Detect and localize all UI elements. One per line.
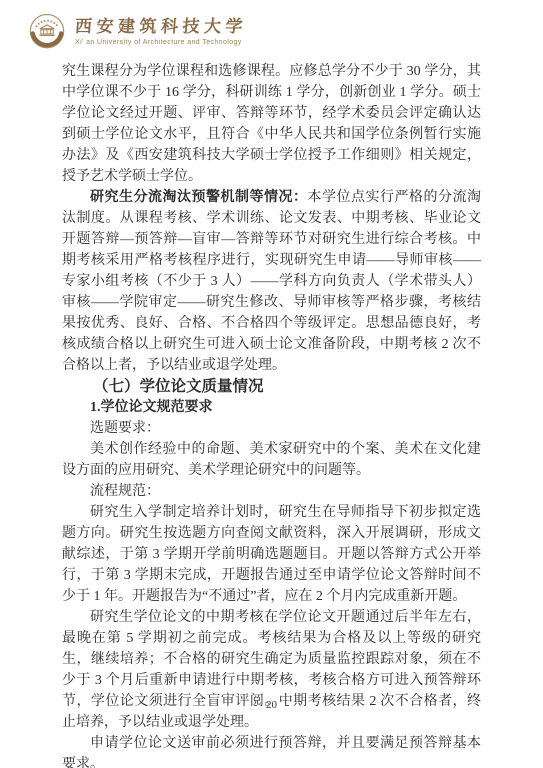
page-header: 西安建筑科技大学 Xi' an University of Architectu… <box>28 13 247 53</box>
paragraph-topic-requirement-detail: 美术创作经验中的命题、美术家研究中的个案、美术在文化建设方面的应用研究、美术学理… <box>62 439 481 481</box>
section-heading-thesis-quality: （七）学位论文质量情况 <box>62 376 481 397</box>
university-seal-icon <box>28 13 66 53</box>
paragraph-lead-rest: 本学位点实行严格的分流淘汰制度。从课程考核、学术训练、论文发表、中期考核、毕业论… <box>62 190 481 373</box>
university-name-block: 西安建筑科技大学 Xi' an University of Architectu… <box>75 13 247 47</box>
paragraph-topic-requirement-label: 选题要求： <box>62 418 481 439</box>
paragraph-midterm-assessment: 研究生学位论文的中期考核在学位论文开题通过后半年左右，最晚在第 5 学期初之前完… <box>62 607 481 733</box>
document-page: 西安建筑科技大学 Xi' an University of Architectu… <box>0 0 543 768</box>
paragraph-process-standard-detail: 研究生入学制定培养计划时，研究生在导师指导下初步拟定选题方向。研究生按选题方向查… <box>62 502 481 607</box>
document-body: 究生课程分为学位课程和选修课程。应修总学分不少于 30 学分，其中学位课不少于 … <box>62 61 481 768</box>
paragraph-lead-bold: 研究生分流淘汰预警机制等情况： <box>90 190 308 205</box>
university-name-zh: 西安建筑科技大学 <box>74 17 247 37</box>
paragraph-pre-defense-requirement: 申请学位论文送审前必须进行预答辩，并且要满足预答辩基本要求。 <box>62 733 481 768</box>
paragraph-elimination-mechanism: 研究生分流淘汰预警机制等情况：本学位点实行严格的分流淘汰制度。从课程考核、学术训… <box>62 187 481 376</box>
paragraph-process-standard-label: 流程规范： <box>62 481 481 502</box>
page-number: - 20 - <box>0 699 543 711</box>
sub-heading-thesis-standards: 1.学位论文规范要求 <box>62 397 481 418</box>
university-name-en: Xi' an University of Architecture and Te… <box>75 38 247 47</box>
paragraph-course-credits: 究生课程分为学位课程和选修课程。应修总学分不少于 30 学分，其中学位课不少于 … <box>62 61 481 187</box>
